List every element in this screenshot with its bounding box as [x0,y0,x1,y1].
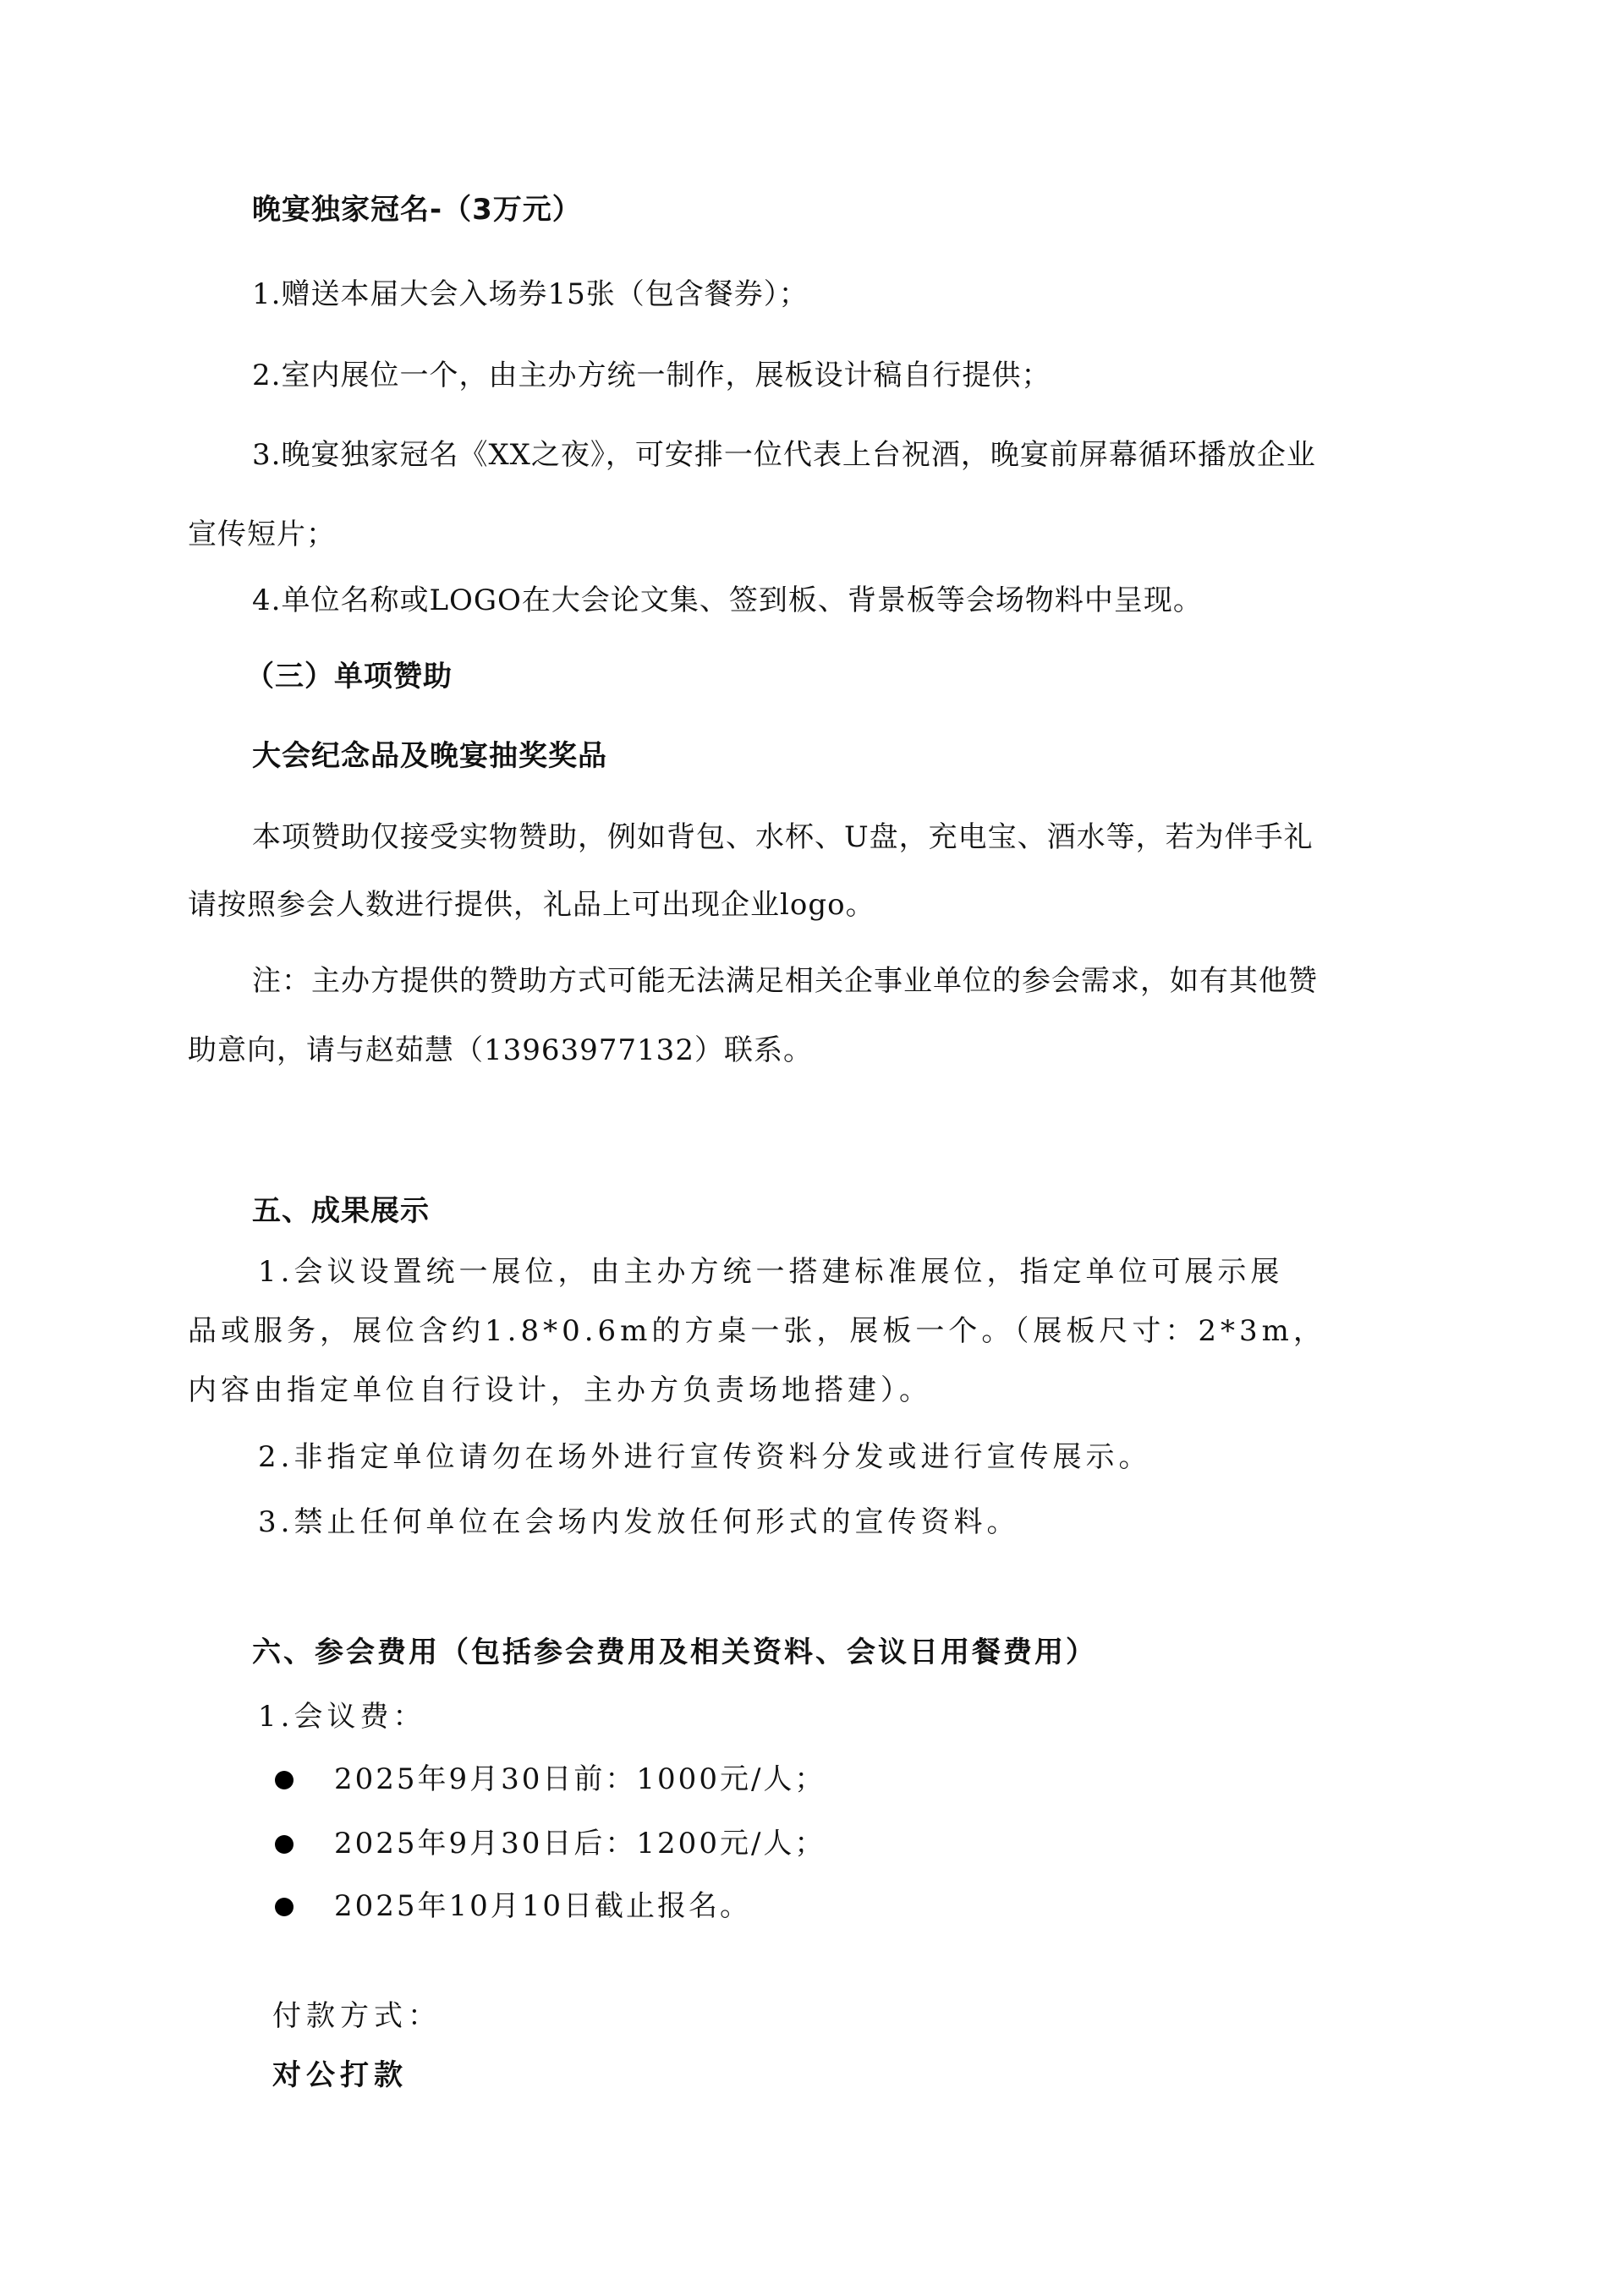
bullet-icon [275,1835,294,1854]
section-five-item-1-line-3: 内容由指定单位自行设计，主办方负责场地搭建）。 [188,1373,932,1407]
exclusive-item-3: 3.晚宴独家冠名《XX之夜》，可安排一位代表上台祝酒，晚宴前屏幕循环播放企业 [252,438,1316,472]
section-five-item-1-line-1: 1.会议设置统一展位，由主办方统一搭建标准展位，指定单位可展示展 [258,1255,1283,1289]
fee-bullet-2-text: 2025年9月30日后：1200元/人； [334,1827,826,1860]
bullet-icon [275,1771,294,1789]
fee-bullet-3-text: 2025年10月10日截止报名。 [334,1889,751,1923]
exclusive-item-2: 2.室内展位一个，由主办方统一制作，展板设计稿自行提供； [252,359,1051,392]
section-five-item-1-line-2: 品或服务，展位含约1.8*0.6m的方桌一张，展板一个。（展板尺寸：2*3m， [188,1314,1326,1348]
exclusive-item-3-continued: 宣传短片； [188,518,336,551]
meeting-fee-label: 1.会议费： [258,1700,425,1734]
single-sponsorship-paragraph-line-1: 本项赞助仅接受实物赞助，例如背包、水杯、U盘，充电宝、酒水等，若为伴手礼 [252,820,1314,854]
single-sponsorship-heading: （三）单项赞助 [245,660,453,693]
payment-method-label: 付款方式： [272,1999,442,2033]
section-five-item-3: 3.禁止任何单位在会场内发放任何形式的宣传资料。 [258,1505,1019,1539]
bullet-icon [275,1898,294,1916]
payment-method-value: 对公打款 [272,2058,408,2092]
section-five-item-2: 2.非指定单位请勿在场外进行宣传资料分发或进行宣传展示。 [258,1440,1151,1474]
note-line-2: 助意向，请与赵茹慧（13963977132）联系。 [188,1033,813,1067]
section-five-heading: 五、成果展示 [252,1194,430,1228]
fee-bullet-1-text: 2025年9月30日前：1000元/人； [334,1762,826,1796]
exclusive-sponsorship-title: 晚宴独家冠名-（3万元） [252,193,582,227]
single-sponsorship-paragraph-line-2: 请按照参会人数进行提供，礼品上可出现企业logo。 [188,888,875,922]
section-six-heading: 六、参会费用（包括参会费用及相关资料、会议日用餐费用） [252,1636,1097,1669]
exclusive-item-4: 4.单位名称或LOGO在大会论文集、签到板、背景板等会场物料中呈现。 [252,584,1203,617]
note-line-1: 注：主办方提供的赞助方式可能无法满足相关企事业单位的参会需求，如有其他赞 [252,964,1318,998]
single-sponsorship-subheading: 大会纪念品及晚宴抽奖奖品 [252,739,607,773]
exclusive-item-1: 1.赠送本届大会入场券15张（包含餐券）； [252,277,809,311]
